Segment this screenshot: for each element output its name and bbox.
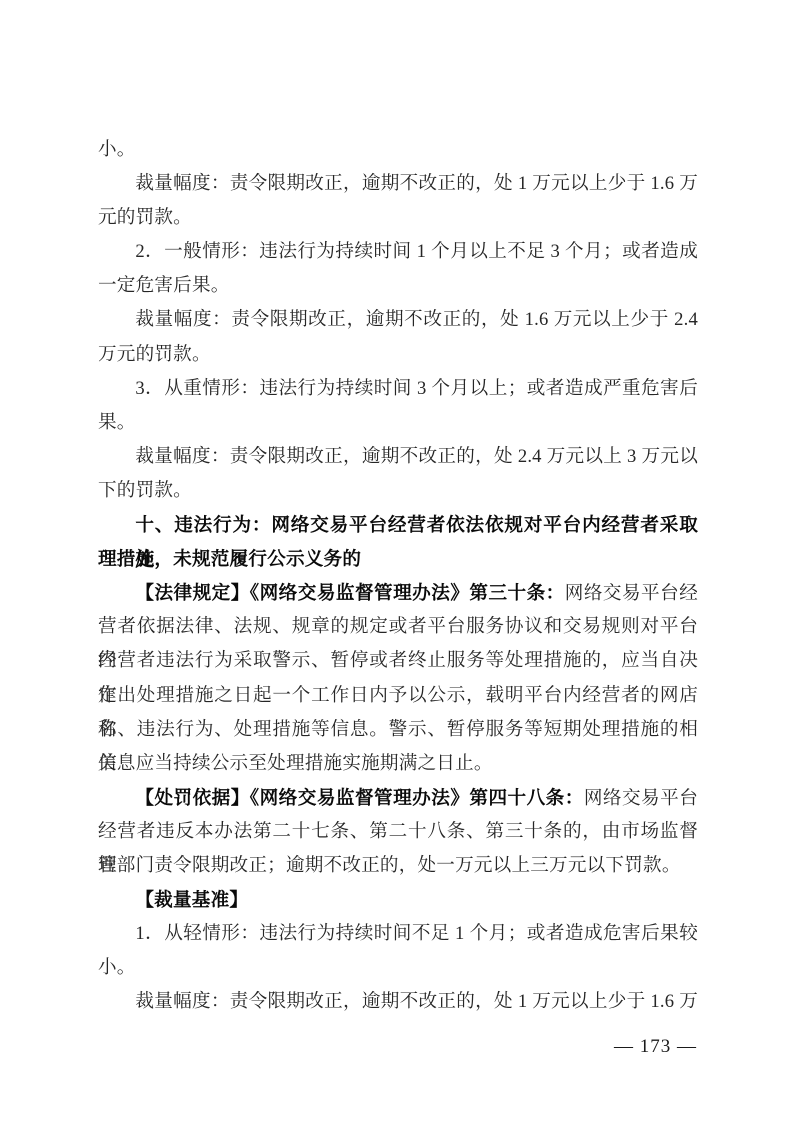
text-line: 裁量幅度：责令限期改正，逾期不改正的，处 1.6 万元以上少于 2.4 bbox=[98, 303, 698, 337]
bold-text-segment: 【处罚依据】《网络交易监督管理办法》第四十八条： bbox=[135, 787, 583, 808]
text-segment: 果。 bbox=[98, 412, 136, 433]
text-line: 2．一般情形：违法行为持续时间 1 个月以上不足 3 个月；或者造成 bbox=[98, 235, 698, 269]
text-line: 作出处理措施之日起一个工作日内予以公示，载明平台内经营者的网店名 bbox=[98, 679, 698, 713]
text-line: 元的罚款。 bbox=[98, 201, 698, 235]
bold-text-segment: 【法律规定】《网络交易监督管理办法》第三十条： bbox=[135, 582, 564, 603]
text-line: 称、违法行为、处理措施等信息。警示、暂停服务等短期处理措施的相关 bbox=[98, 713, 698, 747]
text-line: 【裁量基准】 bbox=[98, 883, 698, 917]
text-segment: 网络交易平台经 bbox=[565, 583, 698, 604]
text-line: 果。 bbox=[98, 406, 698, 440]
text-line: 信息应当持续公示至处理措施实施期满之日止。 bbox=[98, 747, 698, 781]
text-line: 裁量幅度：责令限期改正，逾期不改正的，处 2.4 万元以上 3 万元以 bbox=[98, 440, 698, 474]
text-line: 经营者违反本办法第二十七条、第二十八条、第三十条的，由市场监督管 bbox=[98, 815, 698, 849]
text-line: 1．从轻情形：违法行为持续时间不足 1 个月；或者造成危害后果较 bbox=[98, 917, 698, 951]
document-body: 小。裁量幅度：责令限期改正，逾期不改正的，处 1 万元以上少于 1.6 万元的罚… bbox=[98, 133, 698, 1019]
text-line: 3．从重情形：违法行为持续时间 3 个月以上；或者造成严重危害后 bbox=[98, 372, 698, 406]
text-line: 【法律规定】《网络交易监督管理办法》第三十条：网络交易平台经 bbox=[98, 576, 698, 610]
text-segment: 下的罚款。 bbox=[98, 480, 192, 501]
text-segment: 3．从重情形：违法行为持续时间 3 个月以上；或者造成严重危害后 bbox=[135, 378, 698, 399]
text-segment: 元的罚款。 bbox=[98, 207, 192, 228]
text-line: 万元的罚款。 bbox=[98, 338, 698, 372]
text-line: 理部门责令限期改正；逾期不改正的，处一万元以上三万元以下罚款。 bbox=[98, 849, 698, 883]
text-segment: 一定危害后果。 bbox=[98, 275, 230, 296]
page-footer: — 173 — bbox=[614, 1033, 697, 1061]
text-segment: 2．一般情形：违法行为持续时间 1 个月以上不足 3 个月；或者造成 bbox=[135, 241, 698, 262]
heading-line: 十、违法行为：网络交易平台经营者依法依规对平台内经营者采取处 bbox=[98, 508, 698, 542]
text-segment: 裁量幅度：责令限期改正，逾期不改正的，处 1 万元以上少于 1.6 万 bbox=[135, 991, 698, 1012]
bold-text-segment: 理措施，未规范履行公示义务的 bbox=[98, 548, 361, 569]
text-segment: 小。 bbox=[98, 139, 136, 160]
text-segment: 裁量幅度：责令限期改正，逾期不改正的，处 2.4 万元以上 3 万元以 bbox=[135, 446, 698, 467]
text-segment: 1．从轻情形：违法行为持续时间不足 1 个月；或者造成危害后果较 bbox=[135, 923, 698, 944]
text-segment: 裁量幅度：责令限期改正，逾期不改正的，处 1.6 万元以上少于 2.4 bbox=[135, 309, 698, 330]
text-segment: 小。 bbox=[98, 957, 136, 978]
text-line: 经营者违法行为采取警示、暂停或者终止服务等处理措施的，应当自决定 bbox=[98, 644, 698, 678]
text-segment: 理部门责令限期改正；逾期不改正的，处一万元以上三万元以下罚款。 bbox=[98, 855, 681, 876]
text-line: 【处罚依据】《网络交易监督管理办法》第四十八条：网络交易平台 bbox=[98, 781, 698, 815]
document-page: 小。裁量幅度：责令限期改正，逾期不改正的，处 1 万元以上少于 1.6 万元的罚… bbox=[0, 0, 793, 1122]
text-line: 一定危害后果。 bbox=[98, 269, 698, 303]
heading-line: 理措施，未规范履行公示义务的 bbox=[98, 542, 698, 576]
text-line: 小。 bbox=[98, 951, 698, 985]
text-line: 营者依据法律、法规、规章的规定或者平台服务协议和交易规则对平台内 bbox=[98, 610, 698, 644]
text-segment: 信息应当持续公示至处理措施实施期满之日止。 bbox=[98, 753, 493, 774]
text-segment: 万元的罚款。 bbox=[98, 344, 211, 365]
text-line: 裁量幅度：责令限期改正，逾期不改正的，处 1 万元以上少于 1.6 万 bbox=[98, 985, 698, 1019]
text-segment: 裁量幅度：责令限期改正，逾期不改正的，处 1 万元以上少于 1.6 万 bbox=[135, 173, 698, 194]
bold-text-segment: 【裁量基准】 bbox=[135, 889, 248, 910]
text-segment: 网络交易平台 bbox=[584, 788, 698, 809]
page-number: — 173 — bbox=[614, 1036, 697, 1057]
text-line: 下的罚款。 bbox=[98, 474, 698, 508]
text-line: 小。 bbox=[98, 133, 698, 167]
text-line: 裁量幅度：责令限期改正，逾期不改正的，处 1 万元以上少于 1.6 万 bbox=[98, 167, 698, 201]
